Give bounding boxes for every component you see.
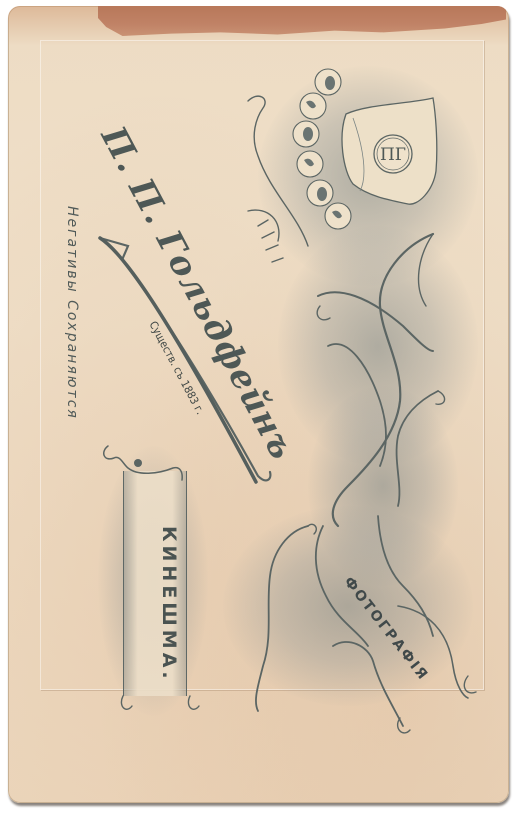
city-name: КИНЕШМА. [158,526,180,683]
negatives-kept-note: Негативы Сохраняются [64,206,80,420]
svg-text:ПГ: ПГ [380,145,406,165]
crest-shield: ПГ [342,98,437,204]
photo-card-back: ПГ П. П. Гольдфейнъ Существ. съ 1883 г. … [8,6,509,803]
